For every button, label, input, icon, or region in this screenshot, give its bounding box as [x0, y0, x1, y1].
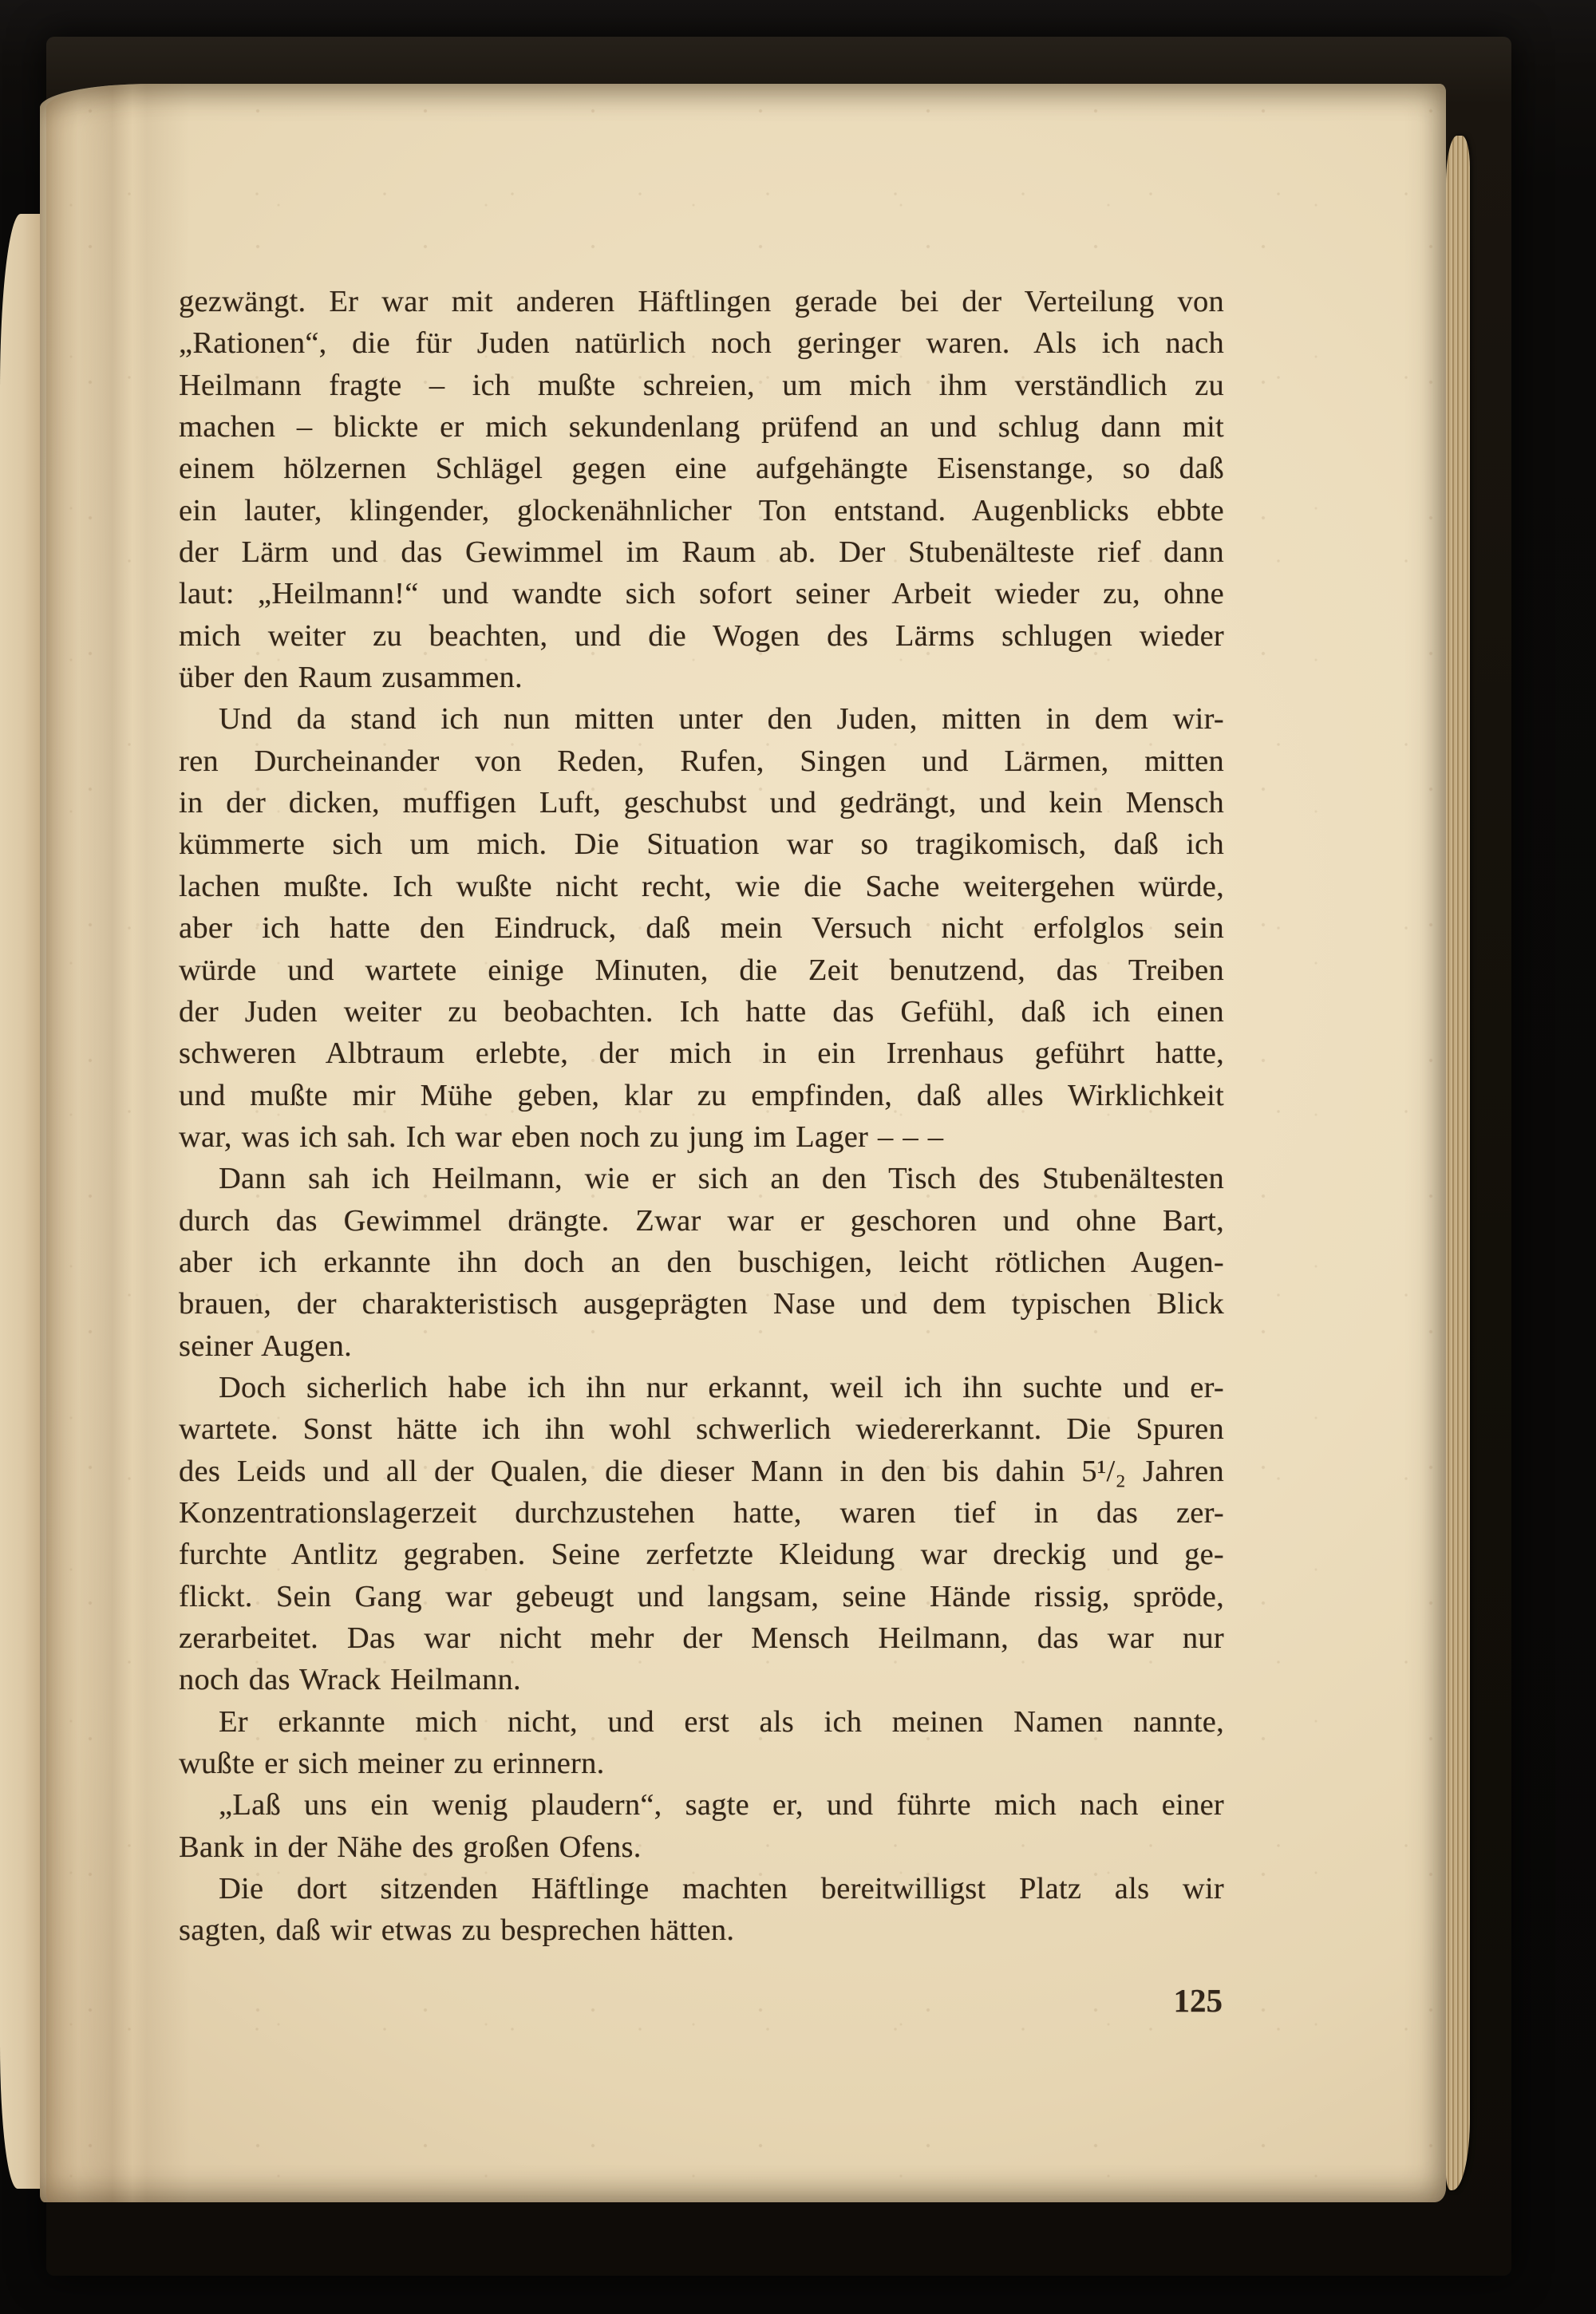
page-text: gezwängt. Er war mit anderen Häftlingen …	[179, 281, 1224, 1952]
text-line: wartete. Sonst hätte ich ihn wohl schwer…	[179, 1408, 1224, 1450]
spine-crease-shadow	[46, 84, 190, 2202]
text-line: laut: „Heilmann!“ und wandte sich sofort…	[179, 573, 1224, 614]
text-line: mich weiter zu beachten, und die Wogen d…	[179, 615, 1224, 657]
text-line: Er erkannte mich nicht, und erst als ich…	[179, 1701, 1224, 1743]
text-line: kümmerte sich um mich. Die Situation war…	[179, 823, 1224, 865]
text-line: in der dicken, muffigen Luft, geschubst …	[179, 782, 1224, 823]
book-photo: gezwängt. Er war mit anderen Häftlingen …	[0, 0, 1596, 2314]
text-line: lachen mußte. Ich wußte nicht recht, wie…	[179, 866, 1224, 907]
text-line: war, was ich sah. Ich war eben noch zu j…	[179, 1116, 1224, 1158]
text-line: und mußte mir Mühe geben, klar zu empfin…	[179, 1075, 1224, 1116]
text-line: seiner Augen.	[179, 1325, 1224, 1367]
text-line: schweren Albtraum erlebte, der mich in e…	[179, 1033, 1224, 1074]
text-line: wußte er sich meiner zu erinnern.	[179, 1743, 1224, 1784]
text-line: brauen, der charakteristisch ausgeprägte…	[179, 1283, 1224, 1325]
text-line: furchte Antlitz gegraben. Seine zerfetzt…	[179, 1534, 1224, 1575]
text-line: ren Durcheinander von Reden, Rufen, Sing…	[179, 740, 1224, 782]
text-line: sagten, daß wir etwas zu besprechen hätt…	[179, 1909, 1224, 1951]
book-page: gezwängt. Er war mit anderen Häftlingen …	[40, 84, 1446, 2202]
text-line: Die dort sitzenden Häftlinge machten ber…	[179, 1868, 1224, 1909]
text-line: Bank in der Nähe des großen Ofens.	[179, 1826, 1224, 1868]
text-line: Konzentrationslagerzeit durchzustehen ha…	[179, 1492, 1224, 1534]
text-line: würde und wartete einige Minuten, die Ze…	[179, 950, 1224, 991]
text-line: aber ich hatte den Eindruck, daß mein Ve…	[179, 907, 1224, 949]
text-line: „Rationen“, die für Juden natürlich noch…	[179, 322, 1224, 364]
text-line: der Juden weiter zu beobachten. Ich hatt…	[179, 991, 1224, 1033]
text-line: des Leids und all der Qualen, die dieser…	[179, 1451, 1224, 1492]
text-line: Heilmann fragte – ich mußte schreien, um…	[179, 365, 1224, 406]
text-line: zerarbeitet. Das war nicht mehr der Mens…	[179, 1617, 1224, 1659]
text-line: gezwängt. Er war mit anderen Häftlingen …	[179, 281, 1224, 322]
text-line: machen – blickte er mich sekundenlang pr…	[179, 406, 1224, 448]
text-line: durch das Gewimmel drängte. Zwar war er …	[179, 1200, 1224, 1242]
text-line: aber ich erkannte ihn doch an den buschi…	[179, 1242, 1224, 1283]
text-line: noch das Wrack Heilmann.	[179, 1659, 1224, 1700]
text-line: der Lärm und das Gewimmel im Raum ab. De…	[179, 531, 1224, 573]
page-number: 125	[1069, 1981, 1223, 2020]
page-fore-edge-stack	[1446, 136, 1470, 2190]
text-line: Und da stand ich nun mitten unter den Ju…	[179, 698, 1224, 740]
text-line: flickt. Sein Gang war gebeugt und langsa…	[179, 1576, 1224, 1617]
text-line: einem hölzernen Schlägel gegen eine aufg…	[179, 448, 1224, 489]
text-line: über den Raum zusammen.	[179, 657, 1224, 698]
text-line: Dann sah ich Heilmann, wie er sich an de…	[179, 1158, 1224, 1199]
text-line: ein lauter, klingender, glockenähnlicher…	[179, 490, 1224, 531]
text-line: „Laß uns ein wenig plaudern“, sagte er, …	[179, 1784, 1224, 1826]
text-line: Doch sicherlich habe ich ihn nur erkannt…	[179, 1367, 1224, 1408]
gutter-page-sliver	[0, 214, 41, 2189]
